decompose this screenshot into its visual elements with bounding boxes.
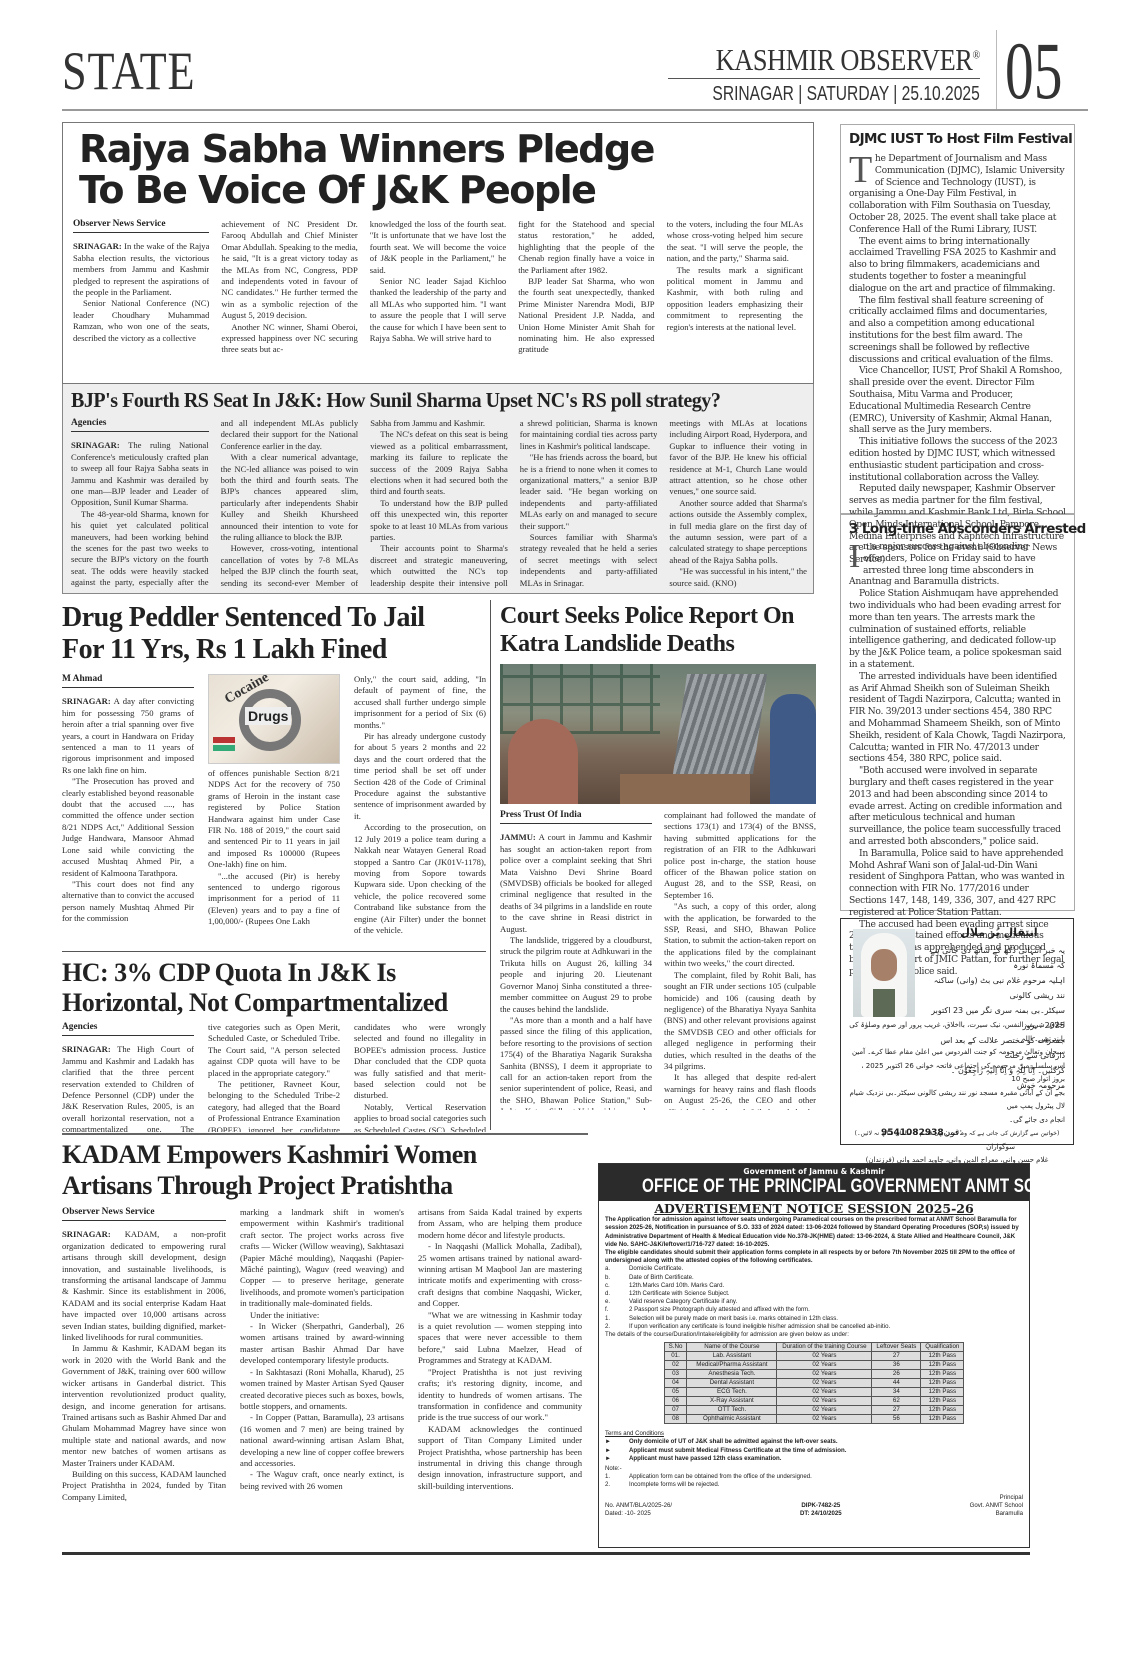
table-cell: 02 Years [777, 1370, 872, 1379]
paragraph: Only," the court said, adding, "In defau… [354, 674, 486, 731]
table-cell: ECG Tech. [687, 1388, 777, 1397]
signatory-place: Baramulla [970, 1510, 1023, 1518]
table-cell: 05 [664, 1388, 687, 1397]
drugs-label: Drugs [245, 707, 291, 725]
pill-icon [213, 737, 235, 743]
hc-col-1: Agencies SRINAGAR: The High Court of Jam… [62, 1022, 194, 1132]
table-cell: 03 [664, 1370, 687, 1379]
lead-story-body: Observer News Service SRINAGAR: In the w… [73, 219, 803, 356]
obituary-title: انتقالِ پُر ملال [931, 925, 1067, 940]
paragraph: Their accounts point to Sharma's discree… [370, 543, 508, 588]
drug-col-3: Only," the court said, adding, "In defau… [354, 674, 486, 934]
table-cell: 12th Pass [921, 1406, 964, 1415]
paragraph: "As such, a copy of this order, along wi… [664, 901, 816, 969]
government-ad: Government of Jammu & Kashmir OFFICE OF … [598, 1163, 1030, 1548]
paragraph: marking a landmark shift in women's empo… [240, 1207, 404, 1310]
obituary-line: اس سلسلے میں مرحومہ کی اجتماعی فاتحہ خوا… [849, 1060, 1065, 1087]
absconders-story-box: 3 Long-time Absconders Arrested In a maj… [840, 514, 1075, 911]
th-duration: Duration of the training Course [777, 1343, 872, 1352]
bjp-col-2: and all independent MLAs publicly declar… [221, 418, 359, 588]
court-col-2: complainant had followed the mandate of … [664, 810, 816, 1110]
table-cell: 02 Years [777, 1379, 872, 1388]
list-item: Valid reserve Category Certificate if an… [629, 1298, 1023, 1306]
byline: Observer News Service [62, 1207, 226, 1221]
court-col-1-text: JAMMU: A court in Jammu and Kashmir has … [500, 832, 652, 935]
bjp-col-1: Agencies SRINAGAR: The ruling National C… [71, 418, 209, 588]
table-cell: 06 [664, 1397, 687, 1406]
dipk-number: DIPK-7482-25 [800, 1502, 842, 1510]
th-course: Name of the Course [687, 1343, 777, 1352]
drugs-photo: Drugs Cocaine [208, 674, 340, 764]
paragraph: "Both accused were involved in separate … [849, 765, 1066, 848]
paragraph: KADAM acknowledges the continued support… [418, 1424, 582, 1492]
page-number: 05 [1005, 30, 1062, 112]
paragraph: BJP leader Sat Sharma, who won the fourt… [518, 276, 654, 356]
signatory-title: Principal [970, 1494, 1023, 1502]
hc-story: HC: 3% CDP Quota In J&K Is Horizontal, N… [62, 951, 486, 1131]
lead-headline: Rajya Sabha Winners Pledge To Be Voice O… [79, 129, 679, 211]
paragraph: - In Wicker (Sherpathri, Ganderbal), 26 … [240, 1321, 404, 1367]
col-text: A day after convicting him for possessin… [62, 696, 194, 774]
table-cell: Dental Assistant [687, 1379, 777, 1388]
dropcap: I [849, 543, 860, 571]
table-cell: 44 [872, 1379, 921, 1388]
list-item: 12th Certificate with Science Subject. [629, 1290, 1023, 1298]
list-key: 1. [605, 1473, 629, 1481]
terms-list: ►Only domicile of UT of J&K shall be adm… [605, 1438, 1023, 1463]
djmc-body: The Department of Journalism and Mass Co… [849, 153, 1066, 566]
table-cell: OTT Tech. [687, 1406, 777, 1415]
section-rule [62, 1133, 588, 1135]
table-cell: 12th Pass [921, 1361, 964, 1370]
paragraph: "He was successful in his intent," the s… [669, 566, 807, 588]
paragraph: It has alleged that despite red-alert wa… [664, 1072, 816, 1110]
byline: Agencies [71, 418, 209, 432]
table-cell: 34 [872, 1388, 921, 1397]
table-cell: Anesthesia Tech. [687, 1370, 777, 1379]
terms-title: Terms and Conditions [605, 1430, 1023, 1438]
table-row: 05ECG Tech.02 Years3412th Pass [664, 1388, 964, 1397]
table-row: 04Dental Assistant02 Years4412th Pass [664, 1379, 964, 1388]
paragraph: tive categories such as Open Merit, Sche… [208, 1022, 340, 1079]
paragraph: The results mark a significant political… [667, 265, 803, 333]
lead-col-3: knowledged the loss of the fourth seat. … [370, 219, 506, 356]
obituary-line: انجام دی جائے گی۔ [849, 1114, 1065, 1128]
bjp-story-box: BJP's Fourth RS Seat In J&K: How Sunil S… [62, 384, 814, 594]
table-cell: 08 [664, 1415, 687, 1424]
drug-col-2: Drugs Cocaine of offences punishable Sec… [208, 674, 340, 934]
list-item: Date of Birth Certificate. [629, 1274, 1023, 1282]
th-sno: S.No [664, 1343, 687, 1352]
table-cell: 04 [664, 1379, 687, 1388]
ad-reference: No. ANMT/BLA/2025-26/ Dated: -10- 2025 [605, 1502, 672, 1518]
note-title: Note:- [605, 1465, 1023, 1473]
lead-story-box: Rajya Sabha Winners Pledge To Be Voice O… [62, 122, 814, 384]
table-header-row: S.No Name of the Course Duration of the … [664, 1343, 964, 1352]
table-cell: 02 Years [777, 1361, 872, 1370]
table-cell: Lab. Assistant [687, 1352, 777, 1361]
term-item: Applicant must submit Medical Fitness Ce… [629, 1447, 1023, 1455]
list-key: c. [605, 1282, 629, 1290]
newspaper-brand: KASHMIR OBSERVER® [716, 42, 980, 78]
signatory: Principal Govt. ANMT School Baramulla [970, 1494, 1023, 1519]
paragraph: complainant had followed the mandate of … [664, 810, 816, 901]
drug-col-1-text: SRINAGAR: A day after convicting him for… [62, 696, 194, 776]
footer-rule [62, 1552, 1030, 1555]
paragraph: "This court does not find any alternativ… [62, 879, 194, 924]
column-divider [490, 600, 491, 1130]
table-cell: 12th Pass [921, 1397, 964, 1406]
list-key: 2. [605, 1323, 629, 1331]
mourners-label: سوگواران [849, 1141, 1065, 1155]
ad-eligibility: The eligible candidates should submit th… [605, 1249, 1023, 1265]
drug-col-1: M Ahmad SRINAGAR: A day after convicting… [62, 674, 194, 924]
drug-headline: Drug Peddler Sentenced To Jail For 11 Yr… [62, 602, 472, 666]
paragraph: In a major success against absconding of… [849, 541, 1066, 588]
paragraph: - The Waguv craft, once nearly extinct, … [240, 1469, 404, 1492]
face [871, 949, 897, 981]
hc-col-1-text: SRINAGAR: The High Court of Jammu and Ka… [62, 1044, 194, 1132]
court-headline: Court Seeks Police Report On Katra Lands… [500, 602, 816, 658]
table-cell: 01. [664, 1352, 687, 1361]
table-row: 08Ophthalmic Assistant02 Years5612th Pas… [664, 1415, 964, 1424]
paragraph: Another NC winner, Shami Oberoi, express… [221, 322, 357, 356]
ref-number: No. ANMT/BLA/2025-26/ [605, 1502, 672, 1510]
header-rule [62, 109, 1088, 111]
course-table: S.No Name of the Course Duration of the … [664, 1342, 965, 1424]
dateline-label: JAMMU: [500, 832, 536, 842]
ad-office-title: OFFICE OF THE PRINCIPAL GOVERNMENT ANMT … [642, 1176, 986, 1198]
bjp-col-4: a shrewd politician, Sharma is known for… [520, 418, 658, 588]
th-seats: Leftover Seats [872, 1343, 921, 1352]
story-divider [62, 951, 486, 952]
term-item: Only domicile of UT of J&K shall be admi… [629, 1438, 1023, 1446]
dipk-date: DT: 24/10/2025 [800, 1510, 842, 1518]
ad-certificate-list: a.Domicile Certificate. b.Date of Birth … [605, 1265, 1023, 1331]
paragraph: achievement of NC President Dr. Farooq A… [221, 219, 357, 322]
course-table-body: 01.Lab. Assistant02 Years2712th Pass02Me… [664, 1352, 964, 1424]
term-item: Applicant must have passed 12th class ex… [629, 1455, 1023, 1463]
paragraph: The petitioner, Ravneet Kour, belonging … [208, 1079, 340, 1132]
ad-body: ADVERTISEMENT NOTICE SESSION 2025-26 The… [599, 1201, 1029, 1522]
paragraph: The event aims to bring internationally … [849, 236, 1066, 295]
phone-label: فون: [944, 1128, 963, 1138]
paragraph: Notably, Vertical Reservation applies to… [354, 1102, 486, 1132]
phone-number: 9541082938 [881, 1128, 944, 1138]
table-cell: 27 [872, 1406, 921, 1415]
debris [620, 774, 750, 804]
table-cell: 26 [872, 1370, 921, 1379]
list-key: 2. [605, 1481, 629, 1489]
hc-headline: HC: 3% CDP Quota In J&K Is Horizontal, N… [62, 958, 486, 1018]
list-item: If upon verification any certificate is … [629, 1323, 1023, 1331]
drug-col-2-text: of offences punishable Section 8/21 NDPS… [208, 768, 340, 928]
table-cell: 12th Pass [921, 1370, 964, 1379]
ad-details-line: The details of the course/Duration/Intak… [605, 1331, 1023, 1339]
list-item: Selection will be purely made on merit b… [629, 1315, 1023, 1323]
paragraph-text: n a major success against absconding off… [849, 541, 1035, 587]
paragraph: - In Copper (Pattan, Baramulla), 23 arti… [240, 1412, 404, 1469]
paragraph: The landslide, triggered by a cloudburst… [500, 935, 652, 1015]
kadam-story: KADAM Empowers Kashmiri Women Artisans T… [62, 1137, 582, 1537]
arrow-icon: ► [605, 1447, 629, 1455]
bjp-headline: BJP's Fourth RS Seat In J&K: How Sunil S… [71, 388, 759, 413]
table-row: 03Anesthesia Tech.02 Years2612th Pass [664, 1370, 964, 1379]
table-cell: 12th Pass [921, 1379, 964, 1388]
dateline-label: SRINAGAR: [62, 696, 111, 706]
paragraph: "He has friends across the board, but he… [520, 452, 658, 532]
paragraph: To understand how the BJP pulled off thi… [370, 498, 508, 544]
paragraph: knowledged the loss of the fourth seat. … [370, 219, 506, 276]
arrow-icon: ► [605, 1438, 629, 1446]
arrow-icon: ► [605, 1455, 629, 1463]
paragraph: Pir has already undergone custody for ab… [354, 731, 486, 822]
tin-sheet [673, 674, 767, 774]
ref-date: Dated: -10- 2025 [605, 1510, 672, 1518]
pill-icon [213, 745, 235, 751]
table-cell: 12th Pass [921, 1415, 964, 1424]
paragraph: Another source added that Sharma's actio… [669, 498, 807, 566]
table-cell: Medical/Pharma Assistant [687, 1361, 777, 1370]
list-key: 1. [605, 1315, 629, 1323]
paragraph: In Jammu & Kashmir, KADAM began its work… [62, 1343, 226, 1468]
court-col-1: Press Trust Of India JAMMU: A court in J… [500, 810, 652, 1110]
list-item: Incomplete forms will be rejected. [629, 1481, 1023, 1489]
paragraph: This initiative follows the success of t… [849, 436, 1066, 483]
lead-col-1-text: SRINAGAR: In the wake of the Rajya Sabha… [73, 241, 209, 298]
ad-header: Government of Jammu & Kashmir OFFICE OF … [599, 1164, 1029, 1201]
bjp-col-3: Sabha from Jammu and Kashmir.The NC's de… [370, 418, 508, 588]
hc-story-body: Agencies SRINAGAR: The High Court of Jam… [62, 1022, 486, 1132]
obituary-box: انتقالِ پُر ملال یہ خبر انتہائی دُکھ کے … [840, 918, 1074, 1145]
col-text: The ruling National Conference's meticul… [71, 440, 209, 507]
list-key: b. [605, 1274, 629, 1282]
person-blue [770, 694, 816, 804]
table-cell: 12th Pass [921, 1352, 964, 1361]
paragraph: The NC's defeat on this seat is being vi… [370, 429, 508, 497]
kadam-col-3: artisans from Saida Kadal trained by exp… [418, 1207, 582, 1557]
dateline-label: SRINAGAR: [62, 1229, 111, 1239]
list-key: e. [605, 1298, 629, 1306]
paragraph: and all independent MLAs publicly declar… [221, 418, 359, 452]
header-divider [996, 30, 997, 110]
table-cell: X-Ray Assistant [687, 1397, 777, 1406]
dateline: SRINAGAR | SATURDAY | 25.10.2025 [713, 83, 980, 106]
brand-rule [668, 78, 980, 79]
table-cell: Ophthalmic Assistant [687, 1415, 777, 1424]
table-row: 02Medical/Pharma Assistant02 Years3612th… [664, 1361, 964, 1370]
table-cell: 02 [664, 1361, 687, 1370]
paragraph-text: he Department of Journalism and Mass Com… [849, 153, 1064, 235]
kadam-story-body: Observer News Service SRINAGAR: KADAM, a… [62, 1207, 582, 1557]
registered-mark: ® [973, 48, 980, 62]
obituary-line: سبحان وتعالیٰ مرحومہ کو جنت الفردوس میں … [849, 1046, 1065, 1060]
paragraph: According to the prosecution, on 12 July… [354, 822, 486, 934]
kadam-headline: KADAM Empowers Kashmiri Women Artisans T… [62, 1139, 532, 1201]
court-story-body: Press Trust Of India JAMMU: A court in J… [500, 810, 816, 1110]
paragraph: "The Prosecution has proved and clearly … [62, 776, 194, 879]
ad-intro: The Application for admission against le… [605, 1216, 1023, 1249]
notes-list: 1.Application form can be obtained from … [605, 1473, 1023, 1489]
th-qualification: Qualification [921, 1343, 964, 1352]
byline: Observer News Service [73, 219, 209, 233]
ad-footer: No. ANMT/BLA/2025-26/ Dated: -10- 2025 D… [605, 1494, 1023, 1519]
table-row: 06X-Ray Assistant02 Years6212th Pass [664, 1397, 964, 1406]
paragraph: Police Station Aishmuqam have apprehende… [849, 588, 1066, 671]
person-beret [508, 719, 578, 804]
table-cell: 27 [872, 1352, 921, 1361]
absconders-headline: 3 Long-time Absconders Arrested [849, 521, 1066, 537]
paragraph: Sabha from Jammu and Kashmir. [370, 418, 508, 429]
table-cell: 02 Years [777, 1388, 872, 1397]
byline: M Ahmad [62, 674, 194, 688]
obituary-line: یہ خبر انتہائی دُکھ کے ساتھ دی جاتی ہے ک… [923, 943, 1065, 973]
obituary-phone: 9541082938فون: [881, 1128, 962, 1138]
brand-name: KASHMIR OBSERVER [716, 42, 973, 77]
list-key: a. [605, 1265, 629, 1273]
signatory-office: Govt. ANMT School [970, 1502, 1023, 1510]
djmc-story-box: DJMC IUST To Host Film Festival The Depa… [840, 124, 1075, 514]
table-row: 01.Lab. Assistant02 Years2712th Pass [664, 1352, 964, 1361]
table-cell: 56 [872, 1415, 921, 1424]
table-cell: 02 Years [777, 1415, 872, 1424]
drug-story-body: M Ahmad SRINAGAR: A day after convicting… [62, 674, 486, 934]
table-cell: 12th Pass [921, 1388, 964, 1397]
table-cell: 07 [664, 1406, 687, 1415]
paragraph: Senior National Conference (NC) leader C… [73, 298, 209, 344]
table-row: 07OTT Tech.02 Years2712th Pass [664, 1406, 964, 1415]
paragraph: - In Sakhtasazi (Roni Mohalla, Kharud), … [240, 1367, 404, 1413]
paragraph: "...the accused (Pir) is hereby sentence… [208, 871, 340, 928]
kadam-col-2: marking a landmark shift in women's empo… [240, 1207, 404, 1557]
paragraph: - In Naqqashi (Mallick Mohalla, Zadibal)… [418, 1241, 582, 1309]
paragraph: Sources familiar with Sharma's strategy … [520, 532, 658, 588]
obituary-line: اہلیہ مرحوم غلام نبی بٹ (وانی) ساکنہ نند… [923, 973, 1065, 1003]
paragraph: The 48-year-old Sharma, known for his qu… [71, 509, 209, 588]
paragraph: The Department of Journalism and Mass Co… [849, 153, 1066, 236]
paragraph: artisans from Saida Kadal trained by exp… [418, 1207, 582, 1241]
paragraph: The film festival shall feature screenin… [849, 295, 1066, 366]
bjp-col-5: meetings with MLAs at locations includin… [669, 418, 807, 588]
table-cell: 02 Years [777, 1397, 872, 1406]
landslide-photo [500, 664, 816, 804]
hc-col-2: tive categories such as Open Merit, Sche… [208, 1022, 340, 1132]
list-item: Application form can be obtained from th… [629, 1473, 1023, 1481]
list-item: Domicile Certificate. [629, 1265, 1023, 1273]
paragraph: fight for the Statehood and special stat… [518, 219, 654, 276]
dateline-label: SRINAGAR: [73, 241, 122, 251]
paragraph: "Project Pratishtha is not just reviving… [418, 1367, 582, 1424]
paragraph: candidates who were wrongly selected and… [354, 1022, 486, 1102]
paragraph: "As more than a month and a half have pa… [500, 1015, 652, 1110]
deceased-photo [853, 929, 915, 1017]
absconders-body: In a major success against absconding of… [849, 541, 1066, 977]
ad-title: ADVERTISEMENT NOTICE SESSION 2025-26 [605, 1205, 1023, 1213]
kadam-col-1: Observer News Service SRINAGAR: KADAM, a… [62, 1207, 226, 1547]
byline: Press Trust Of India [500, 810, 652, 824]
list-item: 2 Passport size Photograph duly attested… [629, 1306, 1023, 1314]
paragraph: The arrested individuals have been ident… [849, 671, 1066, 765]
kadam-col-1-text: SRINAGAR: KADAM, a non-profit organizati… [62, 1229, 226, 1343]
section-title: STATE [62, 40, 195, 102]
court-story: Court Seeks Police Report On Katra Lands… [500, 596, 816, 1131]
dipk-block: DIPK-7482-25 DT: 24/10/2025 [800, 1502, 842, 1518]
paragraph: Under the initiative: [240, 1310, 404, 1321]
lead-col-1: Observer News Service SRINAGAR: In the w… [73, 219, 209, 356]
paragraph: However, cross-voting, intentional cance… [221, 543, 359, 588]
bjp-col-1-text: SRINAGAR: The ruling National Conference… [71, 440, 209, 508]
obituary-line: بجے اُن کے آبائی مقبرہ مسجد نور نند ریشی… [849, 1087, 1065, 1114]
paragraph: Senior NC leader Sajad Kichloo thanked t… [370, 276, 506, 344]
table-cell: 02 Years [777, 1406, 872, 1415]
hc-col-3: candidates who were wrongly selected and… [354, 1022, 486, 1132]
list-item: 12th.Marks Card 10th. Marks Card. [629, 1282, 1023, 1290]
paragraph: of offences punishable Section 8/21 NDPS… [208, 768, 340, 871]
list-key: d. [605, 1290, 629, 1298]
paragraph: The complaint, filed by Rohit Bali, has … [664, 970, 816, 1073]
ad-government: Government of Jammu & Kashmir [599, 1167, 1029, 1176]
col-text: A court in Jammu and Kashmir has sought … [500, 832, 652, 933]
lead-col-5: to the voters, including the four MLAs w… [667, 219, 803, 356]
paragraph: With a clear numerical advantage, the NC… [221, 452, 359, 543]
garment [873, 989, 895, 1017]
obituary-line: اخلاق، شریف النفس، نیک سیرت، بااخلاق، غر… [849, 1019, 1065, 1046]
table-cell: 02 Years [777, 1352, 872, 1361]
paragraph: "What we are witnessing in Kashmir today… [418, 1310, 582, 1367]
col-text: The High Court of Jammu and Kashmir and … [62, 1044, 194, 1132]
paragraph: Building on this success, KADAM launched… [62, 1469, 226, 1503]
paragraph: to the voters, including the four MLAs w… [667, 219, 803, 265]
col-text: KADAM, a non-profit organization dedicat… [62, 1229, 226, 1342]
dateline-label: SRINAGAR: [71, 440, 120, 450]
djmc-headline: DJMC IUST To Host Film Festival [849, 131, 1066, 147]
lead-col-2: achievement of NC President Dr. Farooq A… [221, 219, 357, 356]
list-key: f. [605, 1306, 629, 1314]
dateline-label: SRINAGAR: [62, 1044, 111, 1054]
dropcap: T [849, 155, 872, 185]
paragraph: meetings with MLAs at locations includin… [669, 418, 807, 498]
paragraph: In Baramulla, Police said to have appreh… [849, 848, 1066, 919]
byline: Agencies [62, 1022, 194, 1036]
table-cell: 62 [872, 1397, 921, 1406]
paragraph: Vice Chancellor, IUST, Prof Shakil A Rom… [849, 365, 1066, 436]
obituary-body-bottom: اخلاق، شریف النفس، نیک سیرت، بااخلاق، غر… [849, 1019, 1065, 1168]
drug-story: Drug Peddler Sentenced To Jail For 11 Yr… [62, 596, 486, 951]
lead-col-4: fight for the Statehood and special stat… [518, 219, 654, 356]
table-cell: 36 [872, 1361, 921, 1370]
bjp-story-body: Agencies SRINAGAR: The ruling National C… [71, 418, 807, 588]
paragraph: a shrewd politician, Sharma is known for… [520, 418, 658, 452]
